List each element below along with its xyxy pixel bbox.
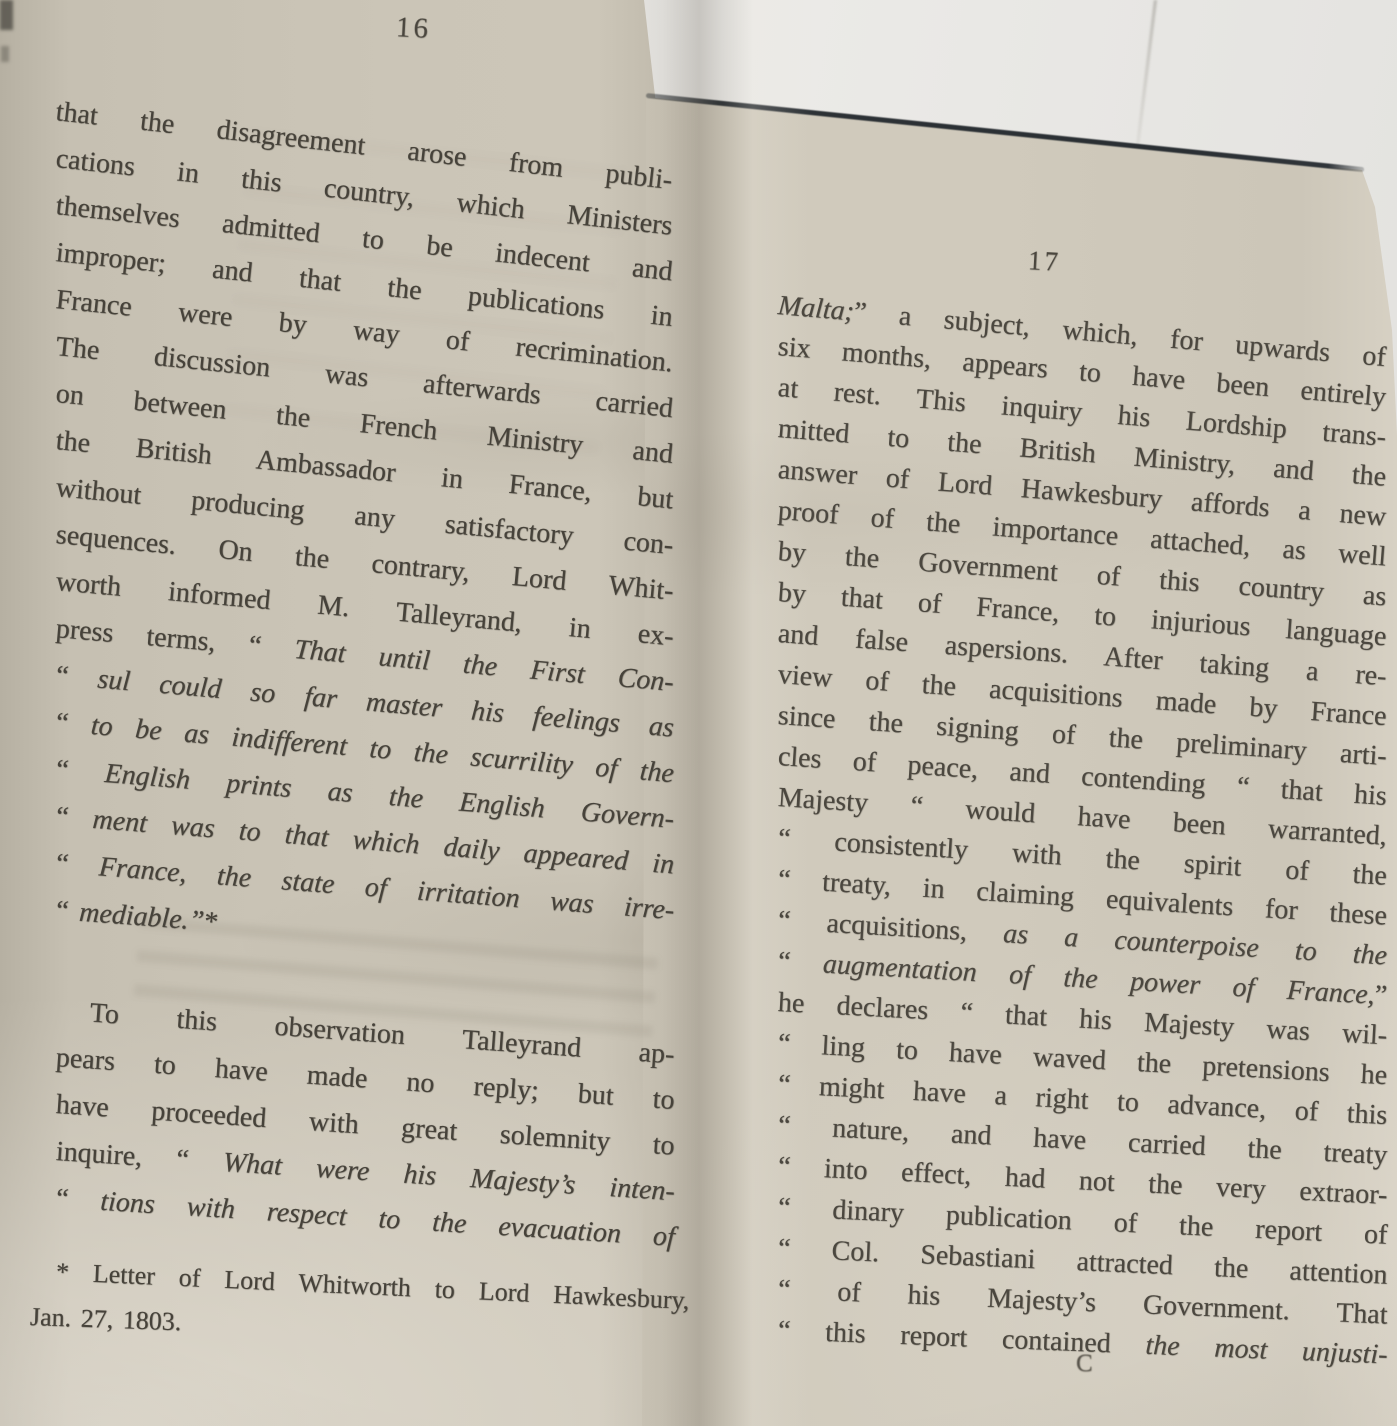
photo-edge-speck bbox=[0, 0, 13, 30]
left-page-footnote: * Letter of Lord Whitworth to Lord Hawke… bbox=[30, 1248, 690, 1340]
left-page-number: 16 bbox=[395, 11, 432, 46]
book-photo: 16 17 that the disagreement arose from p… bbox=[0, 0, 1397, 1426]
photo-edge-speck bbox=[1, 46, 9, 62]
right-page-number: 17 bbox=[1027, 245, 1062, 278]
right-page-text: Malta;” a subject, which, for upwards of… bbox=[778, 285, 1388, 1351]
left-page-text: that the disagreement arose from publi-c… bbox=[56, 88, 676, 1222]
signature-mark: C bbox=[1076, 1350, 1093, 1378]
